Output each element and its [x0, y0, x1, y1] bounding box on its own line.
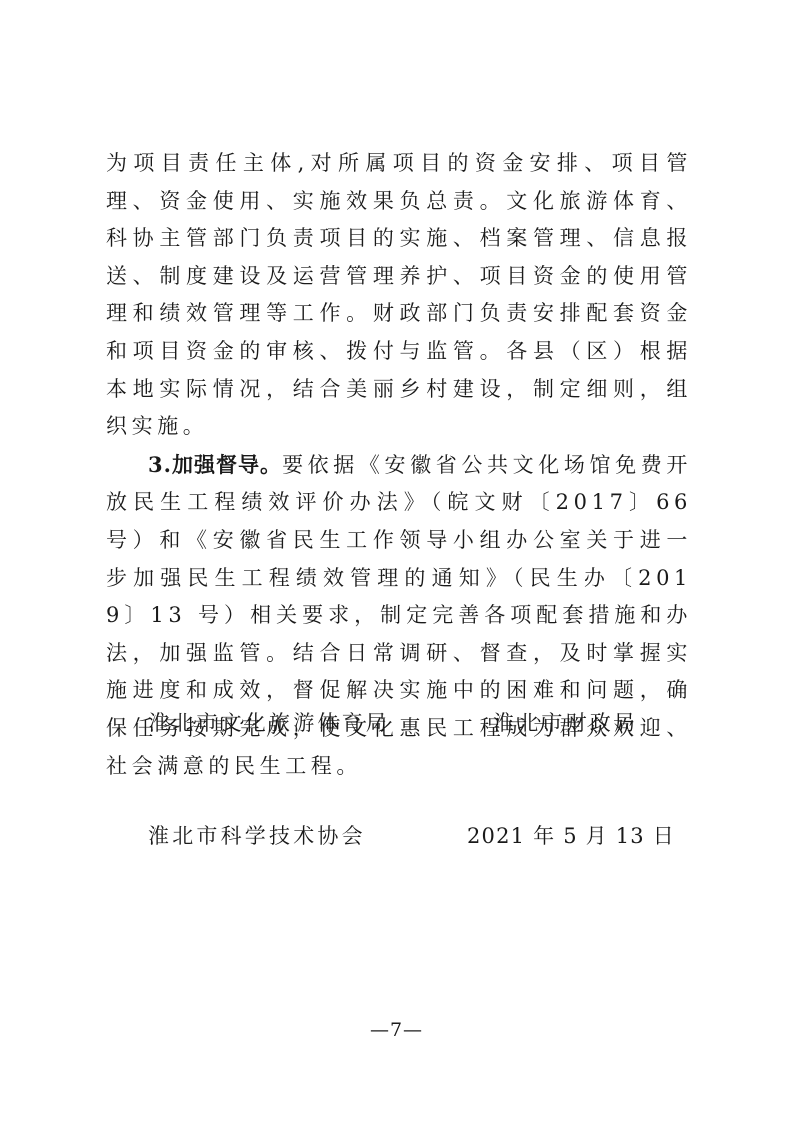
page-number: —7—	[0, 1019, 793, 1041]
signature-culture-tourism-sports-bureau: 淮北市文化旅游体育局	[148, 707, 390, 737]
signature-finance-bureau: 淮北市财政局	[493, 707, 638, 737]
document-page: 为项目责任主体,对所属项目的资金安排、项目管理、资金使用、实施效果负总责。文化旅…	[0, 0, 793, 1122]
signature-science-technology-association: 淮北市科学技术协会	[148, 820, 366, 850]
section-heading-strengthen-supervision: 3.加强督导。	[148, 452, 282, 477]
paragraph-text: 为项目责任主体,对所属项目的资金安排、项目管理、资金使用、实施效果负总责。文化旅…	[106, 151, 692, 438]
paragraph-responsibilities: 为项目责任主体,对所属项目的资金安排、项目管理、资金使用、实施效果负总责。文化旅…	[106, 145, 692, 446]
document-date: 2021 年 5 月 13 日	[467, 820, 675, 850]
body-text: 为项目责任主体,对所属项目的资金安排、项目管理、资金使用、实施效果负总责。文化旅…	[106, 145, 692, 785]
